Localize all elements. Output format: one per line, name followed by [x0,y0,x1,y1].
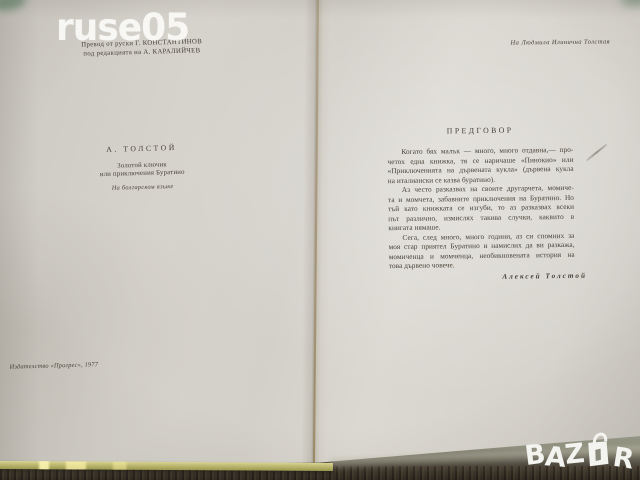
gutter-fold-line [313,0,319,474]
bazar-logo: B A Z R [524,428,636,474]
open-book-pages: Превод от руски Г. КОНСТАНТИНОВ под реда… [0,0,640,470]
seller-watermark: ruse05 [56,6,189,49]
preface-heading: ПРЕДГОВОР [387,125,573,136]
logo-letter-r: R [611,442,636,474]
bazar-logo-graphic: B A Z R [524,428,636,474]
book-photo: Превод от руски Г. КОНСТАНТИНОВ под реда… [0,0,640,480]
book-gutter [301,0,331,474]
pencil-mark [586,144,607,162]
logo-letter-z: Z [563,438,586,471]
preface-line: това дървено човече. [389,259,575,271]
preface-block: ПРЕДГОВОР Когато бях малък — много, мног… [387,125,575,271]
author-signature: Алексей Толстой [389,272,587,282]
dedication: На Людмила Илинична Толстая [418,38,610,47]
shopping-bag-icon [585,432,612,468]
